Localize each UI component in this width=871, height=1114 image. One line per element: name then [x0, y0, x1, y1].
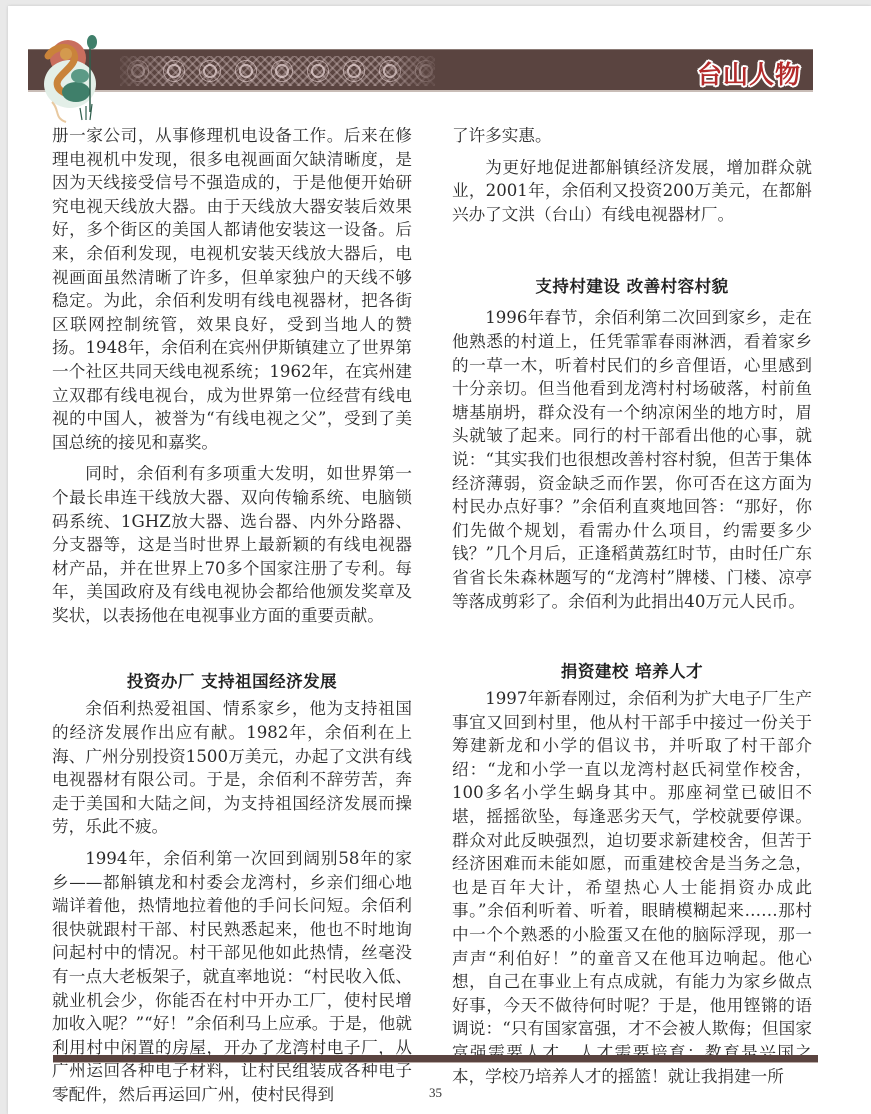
body-paragraph: 册一家公司，从事修理机电设备工作。后来在修理电视机中发现，很多电视画面欠缺清晰度… [52, 124, 412, 454]
section-heading: 捐资建校 培养人才 [452, 661, 812, 683]
body-paragraph: 1997年新春刚过，余佰利为扩大电子厂生产事宜又回到村里，他从村干部手中接过一份… [452, 687, 812, 1088]
footer-divider [53, 1055, 818, 1063]
section-title: 台山人物 [697, 55, 801, 91]
dragon-lotus-emblem-icon [40, 32, 110, 124]
section-banner: 台山人物 [28, 49, 813, 92]
right-column: 了许多实惠。 为更好地促进都斛镇经济发展，增加群众就业，2001年，余佰利又投资… [452, 124, 812, 1096]
body-paragraph: 1996年春节，余佰利第二次回到家乡，走在他熟悉的村道上，任凭霏霏春雨淋洒，看着… [452, 306, 812, 613]
section-heading: 投资办厂 支持祖国经济发展 [52, 671, 412, 693]
body-paragraph: 余佰利热爱祖国、情系家乡，他为支持祖国的经济发展作出应有献。1982年，余佰利在… [52, 697, 412, 839]
section-heading: 支持村建设 改善村容村貌 [452, 276, 812, 298]
body-paragraph: 同时，余佰利有多项重大发明，如世界第一个最长串连干线放大器、双向传输系统、电脑锁… [52, 462, 412, 627]
body-paragraph: 了许多实惠。 [452, 124, 812, 148]
body-paragraph: 为更好地促进都斛镇经济发展，增加群众就业，2001年，余佰利又投资200万美元，… [452, 156, 812, 227]
left-column: 册一家公司，从事修理机电设备工作。后来在修理电视机中发现，很多电视画面欠缺清晰度… [52, 124, 412, 1114]
floral-pattern-decoration [120, 56, 435, 86]
body-paragraph: 1994年，余佰利第一次回到阔别58年的家乡——都斛镇龙和村委会龙湾村，乡亲们细… [52, 847, 412, 1107]
page-number: 35 [0, 1085, 871, 1101]
